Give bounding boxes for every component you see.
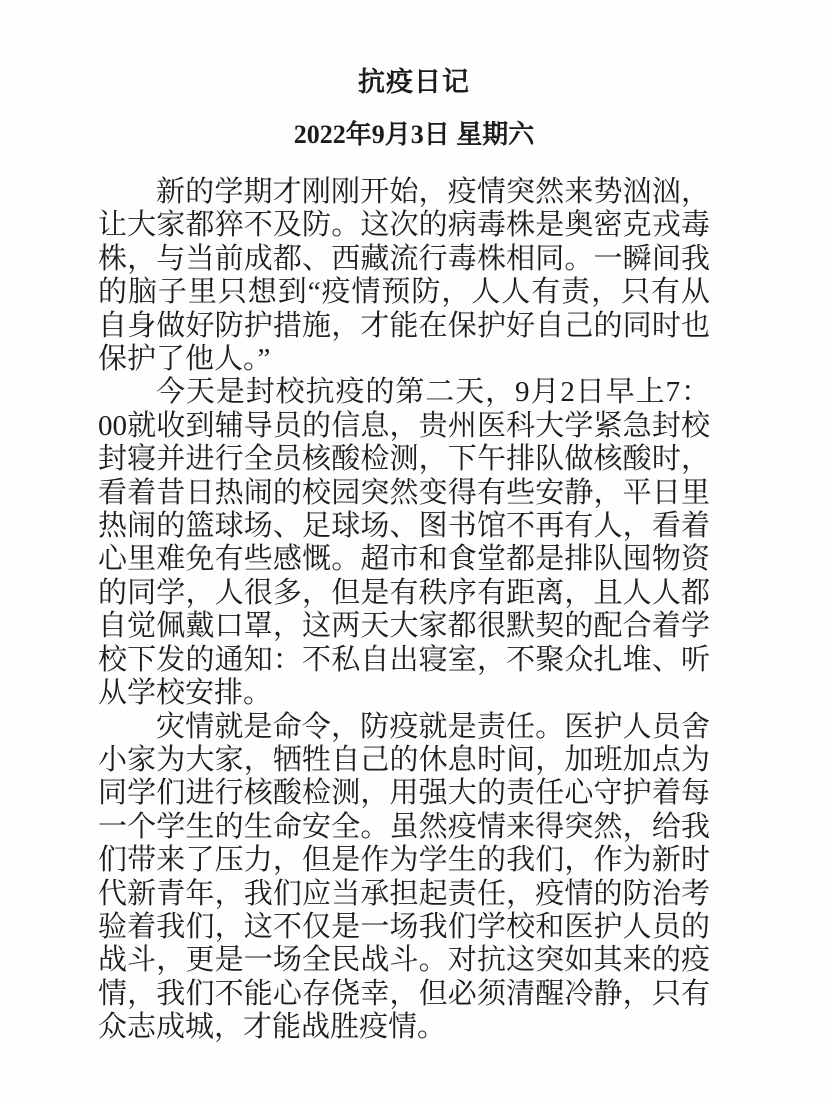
doc-title: 抗疫日记 bbox=[0, 0, 828, 97]
paragraph-1: 新的学期才刚刚开始，疫情突然来势汹汹，让大家都猝不及防。这次的病毒株是奥密克戎毒… bbox=[98, 176, 710, 376]
doc-date: 2022年9月3日 星期六 bbox=[0, 121, 828, 149]
diary-page: 抗疫日记 2022年9月3日 星期六 新的学期才刚刚开始，疫情突然来势汹汹，让大… bbox=[0, 0, 828, 1105]
paragraph-3: 灾情就是命令，防疫就是责任。医护人员舍小家为大家，牺牲自己的休息时间，加班加点为… bbox=[98, 711, 710, 1045]
doc-body: 新的学期才刚刚开始，疫情突然来势汹汹，让大家都猝不及防。这次的病毒株是奥密克戎毒… bbox=[98, 176, 710, 1045]
paragraph-2: 今天是封校抗疫的第二天，9月2日早上7：00就收到辅导员的信息，贵州医科大学紧急… bbox=[98, 376, 710, 710]
